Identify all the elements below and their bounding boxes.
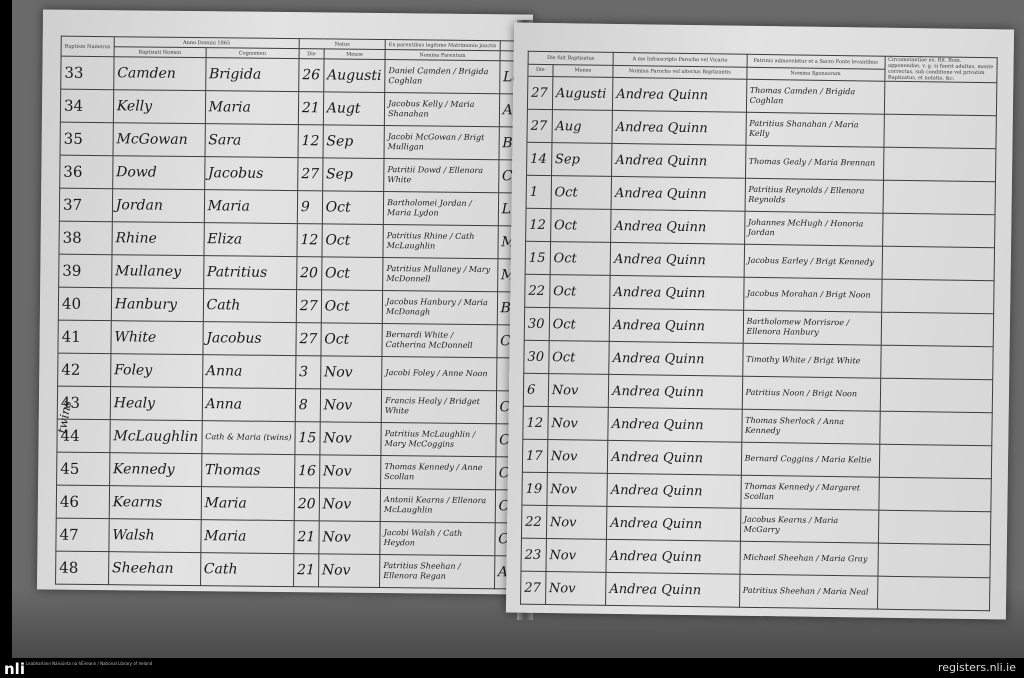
mensis-header: Mense <box>324 49 386 60</box>
row-number: 40 <box>58 287 111 321</box>
baptized-month-cell: Nov <box>547 440 608 474</box>
month-cell: Sep <box>322 158 384 192</box>
parents-cell: Daniel Camden / Brigida Coghlan <box>385 60 500 94</box>
row-number: 34 <box>60 89 113 123</box>
month-cell: Nov <box>319 521 381 555</box>
month-cell: Oct <box>321 323 383 357</box>
baptized-day-cell: 30 <box>524 307 549 340</box>
forename-cell: Sara <box>205 124 299 158</box>
parents-cell: Patritii Dowd / Ellenora White <box>384 159 499 193</box>
parents-cell: Patritius McLaughlin / Mary McCoggins <box>381 423 496 457</box>
forename-cell: Brigida <box>205 58 299 92</box>
sponsors-cell: Jacobus Morahan / Brigt Noon <box>743 277 881 312</box>
sponsors-cell: Johannes McHugh / Honoria Jordan <box>744 211 882 246</box>
baptized-day-cell: 12 <box>523 406 548 439</box>
surname-cell: Kennedy <box>109 453 201 487</box>
parents-cell: Patritius Mullaney / Mary McDonnell <box>383 258 498 292</box>
forename-cell: Thomas <box>201 454 295 488</box>
sponsors-cell: Thomas Sherlock / Anna Kennedy <box>741 409 879 444</box>
sponsors-cell: Bartholomew Morrisroe / Ellenora Hanbury <box>743 310 881 345</box>
day-cell: 8 <box>295 389 320 422</box>
parents-cell: Patritius Sheehan / Ellenora Regan <box>380 555 495 589</box>
baptized-month-cell: Oct <box>551 176 612 210</box>
notes-cell <box>882 246 995 281</box>
baptized-day-cell: 27 <box>527 76 552 109</box>
surname-cell: Hanbury <box>111 288 203 322</box>
forename-cell: Patritius <box>203 256 297 290</box>
sponsors-cell: Michael Sheehan / Maria Gray <box>740 541 878 576</box>
right-register-body: 27AugustiAndrea QuinnThomas Camden / Bri… <box>521 76 997 610</box>
row-number: 47 <box>56 518 109 552</box>
col-number-header: Baptism Numerus <box>61 36 114 57</box>
forename-cell: Jacobus <box>204 157 298 191</box>
notes-cell <box>878 477 991 512</box>
row-number: 42 <box>58 353 111 387</box>
month-cell: Sep <box>323 125 385 159</box>
day-cell: 27 <box>296 323 321 356</box>
baptized-month-cell: Nov <box>547 473 608 507</box>
sponsors-cell: Patritius Noon / Brigt Noon <box>742 376 880 411</box>
minister-cell: Andrea Quinn <box>612 143 746 178</box>
minister-cell: Andrea Quinn <box>608 440 742 475</box>
baptized-month-cell: Oct <box>549 308 610 342</box>
surname-cell: Rhine <box>112 222 204 256</box>
surname-cell: Sheehan <box>108 552 200 586</box>
baptized-month-cell: Nov <box>548 407 609 441</box>
row-number: 36 <box>60 155 113 189</box>
right-register-table: Die fuit Baptizatus A me Infrascripto Pa… <box>520 51 998 612</box>
minister-cell: Andrea Quinn <box>611 209 745 244</box>
parents-cell: Jacobi Walsh / Cath Heydon <box>380 522 495 556</box>
month-cell: Nov <box>318 554 380 588</box>
notes-cell <box>879 411 992 446</box>
notes-cell <box>881 312 994 347</box>
baptized-day-cell: 12 <box>526 208 551 241</box>
notes-cell <box>883 147 996 182</box>
sponsors-cell: Patritius Shanahan / Maria Kelly <box>746 112 884 147</box>
image-viewer: Baptism Numerus Anno Domini 1865 Natus E… <box>12 0 1024 658</box>
sponsors-cell: Thomas Kennedy / Margaret Scollan <box>740 475 878 510</box>
sponsors-cell: Jacobus Earley / Brigt Kennedy <box>744 244 882 279</box>
parents-cell: Bartholomei Jordan / Maria Lydon <box>383 192 498 226</box>
baptized-day-cell: 22 <box>525 274 550 307</box>
month-cell: Nov <box>319 455 381 489</box>
minister-cell: Andrea Quinn <box>608 407 742 442</box>
row-number: 48 <box>56 551 109 585</box>
baptized-day-cell: 19 <box>522 472 547 505</box>
month-cell: Oct <box>321 257 383 291</box>
nli-logo-subtitle: Leabharlann Náisiúnta na hÉireann / Nati… <box>26 661 152 666</box>
surname-cell: Healy <box>110 387 202 421</box>
minister-cell: Andrea Quinn <box>611 176 745 211</box>
month-cell: Nov <box>320 389 382 423</box>
baptized-month-cell: Aug <box>552 110 613 144</box>
forename-cell: Jacobus <box>203 322 297 356</box>
day-cell: 27 <box>298 158 323 191</box>
row-number: 38 <box>59 221 112 255</box>
notes-cell <box>877 543 990 578</box>
parents-cell: Thomas Kennedy / Anne Scollan <box>381 456 496 490</box>
baptized-month-header: Mense <box>553 64 614 77</box>
notes-cell <box>880 378 993 413</box>
notes-cell <box>878 510 991 545</box>
day-cell: 15 <box>295 422 320 455</box>
sponsors-cell: Bernard Coggins / Maria Keltie <box>741 442 879 477</box>
forename-cell: Maria <box>204 190 298 224</box>
row-number: 41 <box>58 320 111 354</box>
day-cell: 26 <box>299 59 324 92</box>
dies-header: Die <box>299 49 324 59</box>
parents-cell: Jacobi McGowan / Brigt Mulligan <box>384 126 499 160</box>
notes-cell <box>882 213 995 248</box>
sponsors-cell: Patritius Sheehan / Maria Neal <box>739 574 877 609</box>
minister-cell: Andrea Quinn <box>612 110 746 145</box>
day-cell: 9 <box>297 191 322 224</box>
baptized-month-cell: Nov <box>545 572 606 606</box>
day-cell: 20 <box>294 488 319 521</box>
day-cell: 21 <box>294 521 319 554</box>
baptized-header: Die fuit Baptizatus <box>528 51 613 65</box>
notes-header: Circumstantiae ex. Rit. Rom. apponendae,… <box>884 56 997 83</box>
row-number: 37 <box>59 188 112 222</box>
surname-cell: White <box>111 321 203 355</box>
minister-cell: Andrea Quinn <box>610 242 744 277</box>
right-register-page: Die fuit Baptizatus A me Infrascripto Pa… <box>506 23 1014 620</box>
day-cell: 12 <box>297 224 322 257</box>
baptized-day-cell: 22 <box>521 505 546 538</box>
baptized-day-header: Die <box>528 64 553 77</box>
footer-bar: nli Leabharlann Náisiúnta na hÉireann / … <box>0 658 1024 678</box>
baptized-day-cell: 14 <box>527 142 552 175</box>
day-cell: 16 <box>294 455 319 488</box>
minister-cell: Andrea Quinn <box>607 506 741 541</box>
baptized-day-cell: 27 <box>527 109 552 142</box>
parents-cell: Antonii Kearns / Ellenora McLaughlin <box>380 489 495 523</box>
minister-cell: Andrea Quinn <box>613 77 747 112</box>
minister-cell: Andrea Quinn <box>609 341 743 376</box>
baptized-month-cell: Sep <box>551 143 612 177</box>
baptized-month-cell: Oct <box>548 341 609 375</box>
parents-cell: Francis Healy / Bridget White <box>381 390 496 424</box>
baptized-month-cell: Oct <box>549 275 610 309</box>
sponsors-cell: Thomas Camden / Brigida Coghlan <box>746 79 884 114</box>
sponsors-cell: Jacobus Kearns / Maria McGarry <box>740 508 878 543</box>
baptized-month-cell: Oct <box>550 209 611 243</box>
surname-cell: Kearns <box>109 486 201 520</box>
month-cell: Oct <box>321 290 383 324</box>
baptized-day-cell: 17 <box>522 439 547 472</box>
baptized-day-cell: 23 <box>521 538 546 571</box>
minister-cell: Andrea Quinn <box>609 308 743 343</box>
surname-cell: McLaughlin <box>110 420 202 454</box>
baptized-day-cell: 30 <box>524 340 549 373</box>
month-cell: Oct <box>322 224 384 258</box>
row-number: 39 <box>59 254 112 288</box>
baptized-month-cell: Nov <box>548 374 609 408</box>
baptized-month-cell: Oct <box>550 242 611 276</box>
day-cell: 21 <box>298 92 323 125</box>
baptized-month-cell: Augusti <box>552 77 613 111</box>
minister-cell: Andrea Quinn <box>606 572 740 607</box>
month-cell: Augusti <box>323 59 385 93</box>
forename-cell: Cath <box>203 289 297 323</box>
notes-cell <box>883 114 996 149</box>
sponsors-cell: Thomas Gealy / Maria Brennan <box>745 145 883 180</box>
day-cell: 12 <box>298 125 323 158</box>
baptized-month-cell: Nov <box>546 506 607 540</box>
surname-cell: Mullaney <box>111 255 203 289</box>
surname-cell: Dowd <box>113 156 205 190</box>
row-number: 35 <box>60 122 113 156</box>
surname-cell: Foley <box>110 354 202 388</box>
notes-cell <box>880 345 993 380</box>
table-row: 27NovAndrea QuinnPatritius Sheehan / Mar… <box>521 571 990 611</box>
day-cell: 21 <box>293 554 318 587</box>
day-cell: 20 <box>297 257 322 290</box>
month-cell: Augt <box>323 92 385 126</box>
month-cell: Nov <box>319 488 381 522</box>
site-link[interactable]: registers.nli.ie <box>938 661 1016 674</box>
notes-cell <box>883 180 996 215</box>
surname-cell: Walsh <box>109 519 201 553</box>
baptized-day-cell: 1 <box>526 175 551 208</box>
nli-logo[interactable]: nli <box>4 660 25 678</box>
baptized-day-cell: 15 <box>525 241 550 274</box>
minister-cell: Andrea Quinn <box>607 473 741 508</box>
day-cell: 3 <box>295 356 320 389</box>
forename-cell: Eliza <box>204 223 298 257</box>
baptized-month-cell: Nov <box>546 539 607 573</box>
minister-cell: Andrea Quinn <box>608 374 742 409</box>
notes-cell <box>879 444 992 479</box>
baptized-day-cell: 27 <box>521 571 546 604</box>
month-cell: Nov <box>320 422 382 456</box>
left-register-page: Baptism Numerus Anno Domini 1865 Natus E… <box>37 9 533 594</box>
notes-cell <box>877 576 990 611</box>
row-number: 46 <box>56 485 109 519</box>
forename-cell: Cath & Maria (twins) <box>202 421 296 455</box>
minister-cell: Andrea Quinn <box>610 275 744 310</box>
sponsors-cell: Patritius Reynolds / Ellenora Reynolds <box>745 178 883 213</box>
surname-cell: McGowan <box>113 123 205 157</box>
forename-cell: Maria <box>201 487 295 521</box>
surname-cell: Camden <box>114 57 206 91</box>
forename-cell: Anna <box>202 388 296 422</box>
month-cell: Nov <box>320 356 382 390</box>
parents-cell: Bernardi White / Catherina McDonnell <box>382 324 497 358</box>
parents-cell: Jacobus Hanbury / Maria McDonagh <box>382 291 497 325</box>
row-number: 45 <box>57 452 110 486</box>
notes-cell <box>884 81 997 116</box>
forename-cell: Anna <box>202 355 296 389</box>
forename-cell: Maria <box>201 520 295 554</box>
surname-cell: Kelly <box>113 90 205 124</box>
minister-cell: Andrea Quinn <box>606 539 740 574</box>
month-cell: Oct <box>322 191 384 225</box>
row-number: 33 <box>61 56 114 90</box>
baptized-day-cell: 6 <box>523 373 548 406</box>
sponsors-cell: Timothy White / Brigt White <box>742 343 880 378</box>
surname-cell: Jordan <box>112 189 204 223</box>
parents-cell: Jacobi Foley / Anne Noon <box>382 357 497 391</box>
forename-cell: Maria <box>205 91 299 125</box>
forename-cell: Cath <box>200 553 294 587</box>
notes-cell <box>881 279 994 314</box>
parents-cell: Jacobus Kelly / Maria Shanahan <box>384 93 499 127</box>
parents-cell: Patritius Rhine / Cath McLaughlin <box>383 225 498 259</box>
day-cell: 27 <box>296 290 321 323</box>
